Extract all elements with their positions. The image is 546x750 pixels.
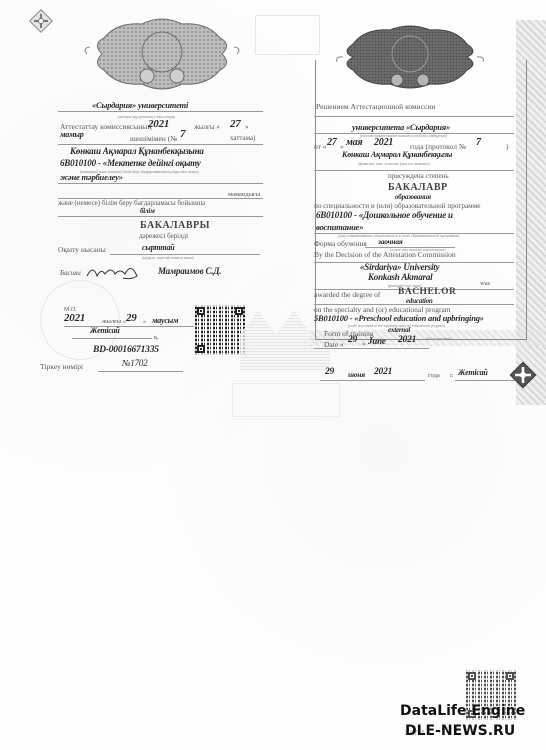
program-cont-ru: воспитание» — [316, 222, 363, 232]
commission-day-ru: 27 — [327, 137, 337, 148]
study-form-kz: сырттай — [142, 243, 175, 252]
protocol-number-ru: 7 — [476, 137, 481, 148]
date-year-en: 2021 — [398, 335, 416, 345]
decision-header-ru: Решением Аттестационной комиссии — [316, 102, 435, 111]
diamond-ornament-icon — [508, 360, 538, 390]
issue-month-kz: маусым — [152, 316, 178, 325]
commission-year-kz: 2021 — [148, 118, 169, 130]
university-name-kz: «Сырдария» университеті — [92, 100, 188, 110]
field-kz: білім — [140, 207, 155, 215]
faint-stamp-box — [232, 383, 340, 417]
issue-year-kz: 2021 — [64, 312, 85, 324]
program-cont-kz: және тәрбиелеу» — [60, 172, 123, 182]
issue-day-ru: 29 — [325, 367, 334, 377]
date-month-en: June — [368, 336, 386, 346]
issue-day-kz: 29 — [126, 312, 137, 324]
graduate-name-ru: Көнкаш Ақмарал Құнанбекқызы — [342, 150, 452, 159]
watermark-line2: DLE-NEWS.RU — [405, 723, 515, 739]
issue-year-ru: 2021 — [374, 367, 392, 377]
program-en: 5В010100 - «Preschool education and upbr… — [314, 313, 484, 323]
degree-title-en: BACHELOR — [398, 287, 456, 297]
emblem-ornament-icon — [335, 22, 485, 92]
program-ru: 6В010100 - «Дошкольное обучение и — [316, 210, 453, 220]
issue-city-kz: Жетісай — [90, 326, 120, 335]
commission-month-ru: мая — [346, 137, 362, 148]
emblem-ornament-icon — [82, 14, 242, 94]
graduate-name-kz: Көнкаш Ақмарал Құнанбекқызына — [70, 146, 204, 156]
rector-name-kz: Мамраимов С.Д. — [158, 266, 221, 276]
registration-number: №1702 — [122, 358, 148, 368]
qr-code — [195, 305, 245, 355]
university-name-ru: университета «Сырдария» — [352, 122, 450, 132]
study-form-en: external — [388, 326, 410, 334]
university-name-en: «Sirdariya» University — [360, 262, 439, 272]
diploma-number: ВD-00016671335 — [93, 345, 159, 355]
graduate-name-en: Konkash Akmaral — [368, 272, 432, 282]
degree-title-ru: БАКАЛАВР — [388, 182, 448, 193]
protocol-number-kz: 7 — [180, 128, 185, 140]
commission-month-kz: мамыр — [60, 130, 84, 139]
issue-city-ru: Жетісай — [458, 368, 488, 377]
study-form-ru: заочная — [378, 237, 403, 246]
decision-header-en: By the Decision of the Attestation Commi… — [314, 250, 456, 259]
issue-month-ru: июня — [348, 370, 365, 379]
right-page-russian-english: Решением Аттестационной комиссии универс… — [290, 0, 546, 410]
date-day-en: 29 — [348, 335, 357, 345]
commission-day-kz: 27 — [230, 118, 241, 130]
program-kz: 6В010100 - «Мектепке дейінгі оқыту — [60, 158, 201, 168]
watermark-line1: DataLife Engine — [400, 703, 525, 719]
scanned-diploma: «Сырдария» университеті (жоғары оқу орны… — [0, 0, 546, 750]
degree-title-kz: БАКАЛАВРЫ — [140, 220, 210, 231]
commission-year-ru: 2021 — [374, 137, 393, 148]
degree-field-ru: образования — [395, 193, 431, 201]
